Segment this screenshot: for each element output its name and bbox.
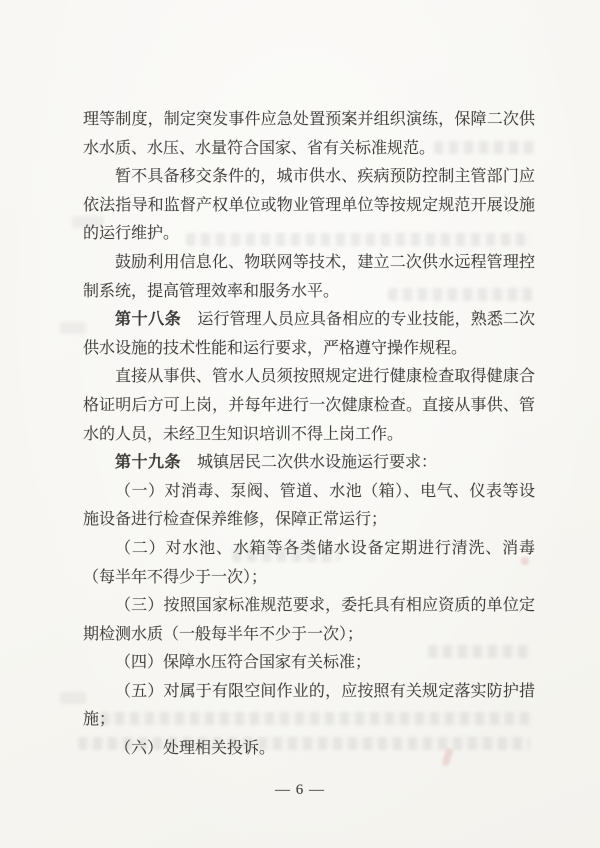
scanned-document-page: 理等制度，制定突发事件应急处置预案并组织演练，保障二次供水水质、水压、水量符合国… bbox=[0, 0, 600, 848]
paragraph-text: （一）对消毒、泵阀、管道、水池（箱）、电气、仪表等设施设备进行检查保养维修，保障… bbox=[83, 483, 535, 529]
paragraph: （四）保障水压符合国家有关标准； bbox=[83, 649, 535, 678]
page-number: — 6 — bbox=[0, 782, 600, 799]
paragraph-text: 暂不具备移交条件的，城市供水、疾病预防控制主管部门应依法指导和监督产权单位或物业… bbox=[83, 168, 535, 242]
paragraph: 直接从事供、管水人员须按照规定进行健康检查取得健康合格证明后方可上岗，并每年进行… bbox=[83, 363, 535, 449]
paragraph-text: （六）处理相关投诉。 bbox=[115, 740, 275, 757]
document-body: 理等制度，制定突发事件应急处置预案并组织演练，保障二次供水水质、水压、水量符合国… bbox=[83, 106, 535, 764]
paragraph: 鼓励利用信息化、物联网等技术，建立二次供水远程管理控制系统，提高管理效率和服务水… bbox=[83, 249, 535, 306]
paragraph-text: （三）按照国家标准规范要求，委托具有相应资质的单位定期检测水质（一般每半年不少于… bbox=[83, 597, 535, 643]
article-heading: 第十八条 bbox=[115, 311, 181, 328]
paragraph: （一）对消毒、泵阀、管道、水池（箱）、电气、仪表等设施设备进行检查保养维修，保障… bbox=[83, 478, 535, 535]
paragraph-text: 城镇居民二次供水设施运行要求： bbox=[181, 454, 437, 471]
paragraph: 第十八条 运行管理人员应具备相应的专业技能，熟悉二次供水设施的技术性能和运行要求… bbox=[83, 306, 535, 363]
paragraph: 理等制度，制定突发事件应急处置预案并组织演练，保障二次供水水质、水压、水量符合国… bbox=[83, 106, 535, 163]
paragraph: （五）对属于有限空间作业的，应按照有关规定落实防护措施； bbox=[83, 678, 535, 735]
article-heading: 第十九条 bbox=[115, 454, 181, 471]
paragraph-text: （二）对水池、水箱等各类储水设备定期进行清洗、消毒（每半年不得少于一次）； bbox=[83, 540, 535, 586]
paragraph: 第十九条 城镇居民二次供水设施运行要求： bbox=[83, 449, 535, 478]
paragraph-text: 鼓励利用信息化、物联网等技术，建立二次供水远程管理控制系统，提高管理效率和服务水… bbox=[83, 254, 535, 300]
paragraph-text: 直接从事供、管水人员须按照规定进行健康检查取得健康合格证明后方可上岗，并每年进行… bbox=[83, 368, 535, 442]
paragraph: （二）对水池、水箱等各类储水设备定期进行清洗、消毒（每半年不得少于一次）； bbox=[83, 535, 535, 592]
paragraph: 暂不具备移交条件的，城市供水、疾病预防控制主管部门应依法指导和监督产权单位或物业… bbox=[83, 163, 535, 249]
paragraph-text: （四）保障水压符合国家有关标准； bbox=[115, 654, 371, 671]
paragraph-text: 理等制度，制定突发事件应急处置预案并组织演练，保障二次供水水质、水压、水量符合国… bbox=[83, 111, 535, 157]
paragraph: （三）按照国家标准规范要求，委托具有相应资质的单位定期检测水质（一般每半年不少于… bbox=[83, 592, 535, 649]
paragraph-text: （五）对属于有限空间作业的，应按照有关规定落实防护措施； bbox=[83, 683, 535, 729]
paragraph: （六）处理相关投诉。 bbox=[83, 735, 535, 764]
